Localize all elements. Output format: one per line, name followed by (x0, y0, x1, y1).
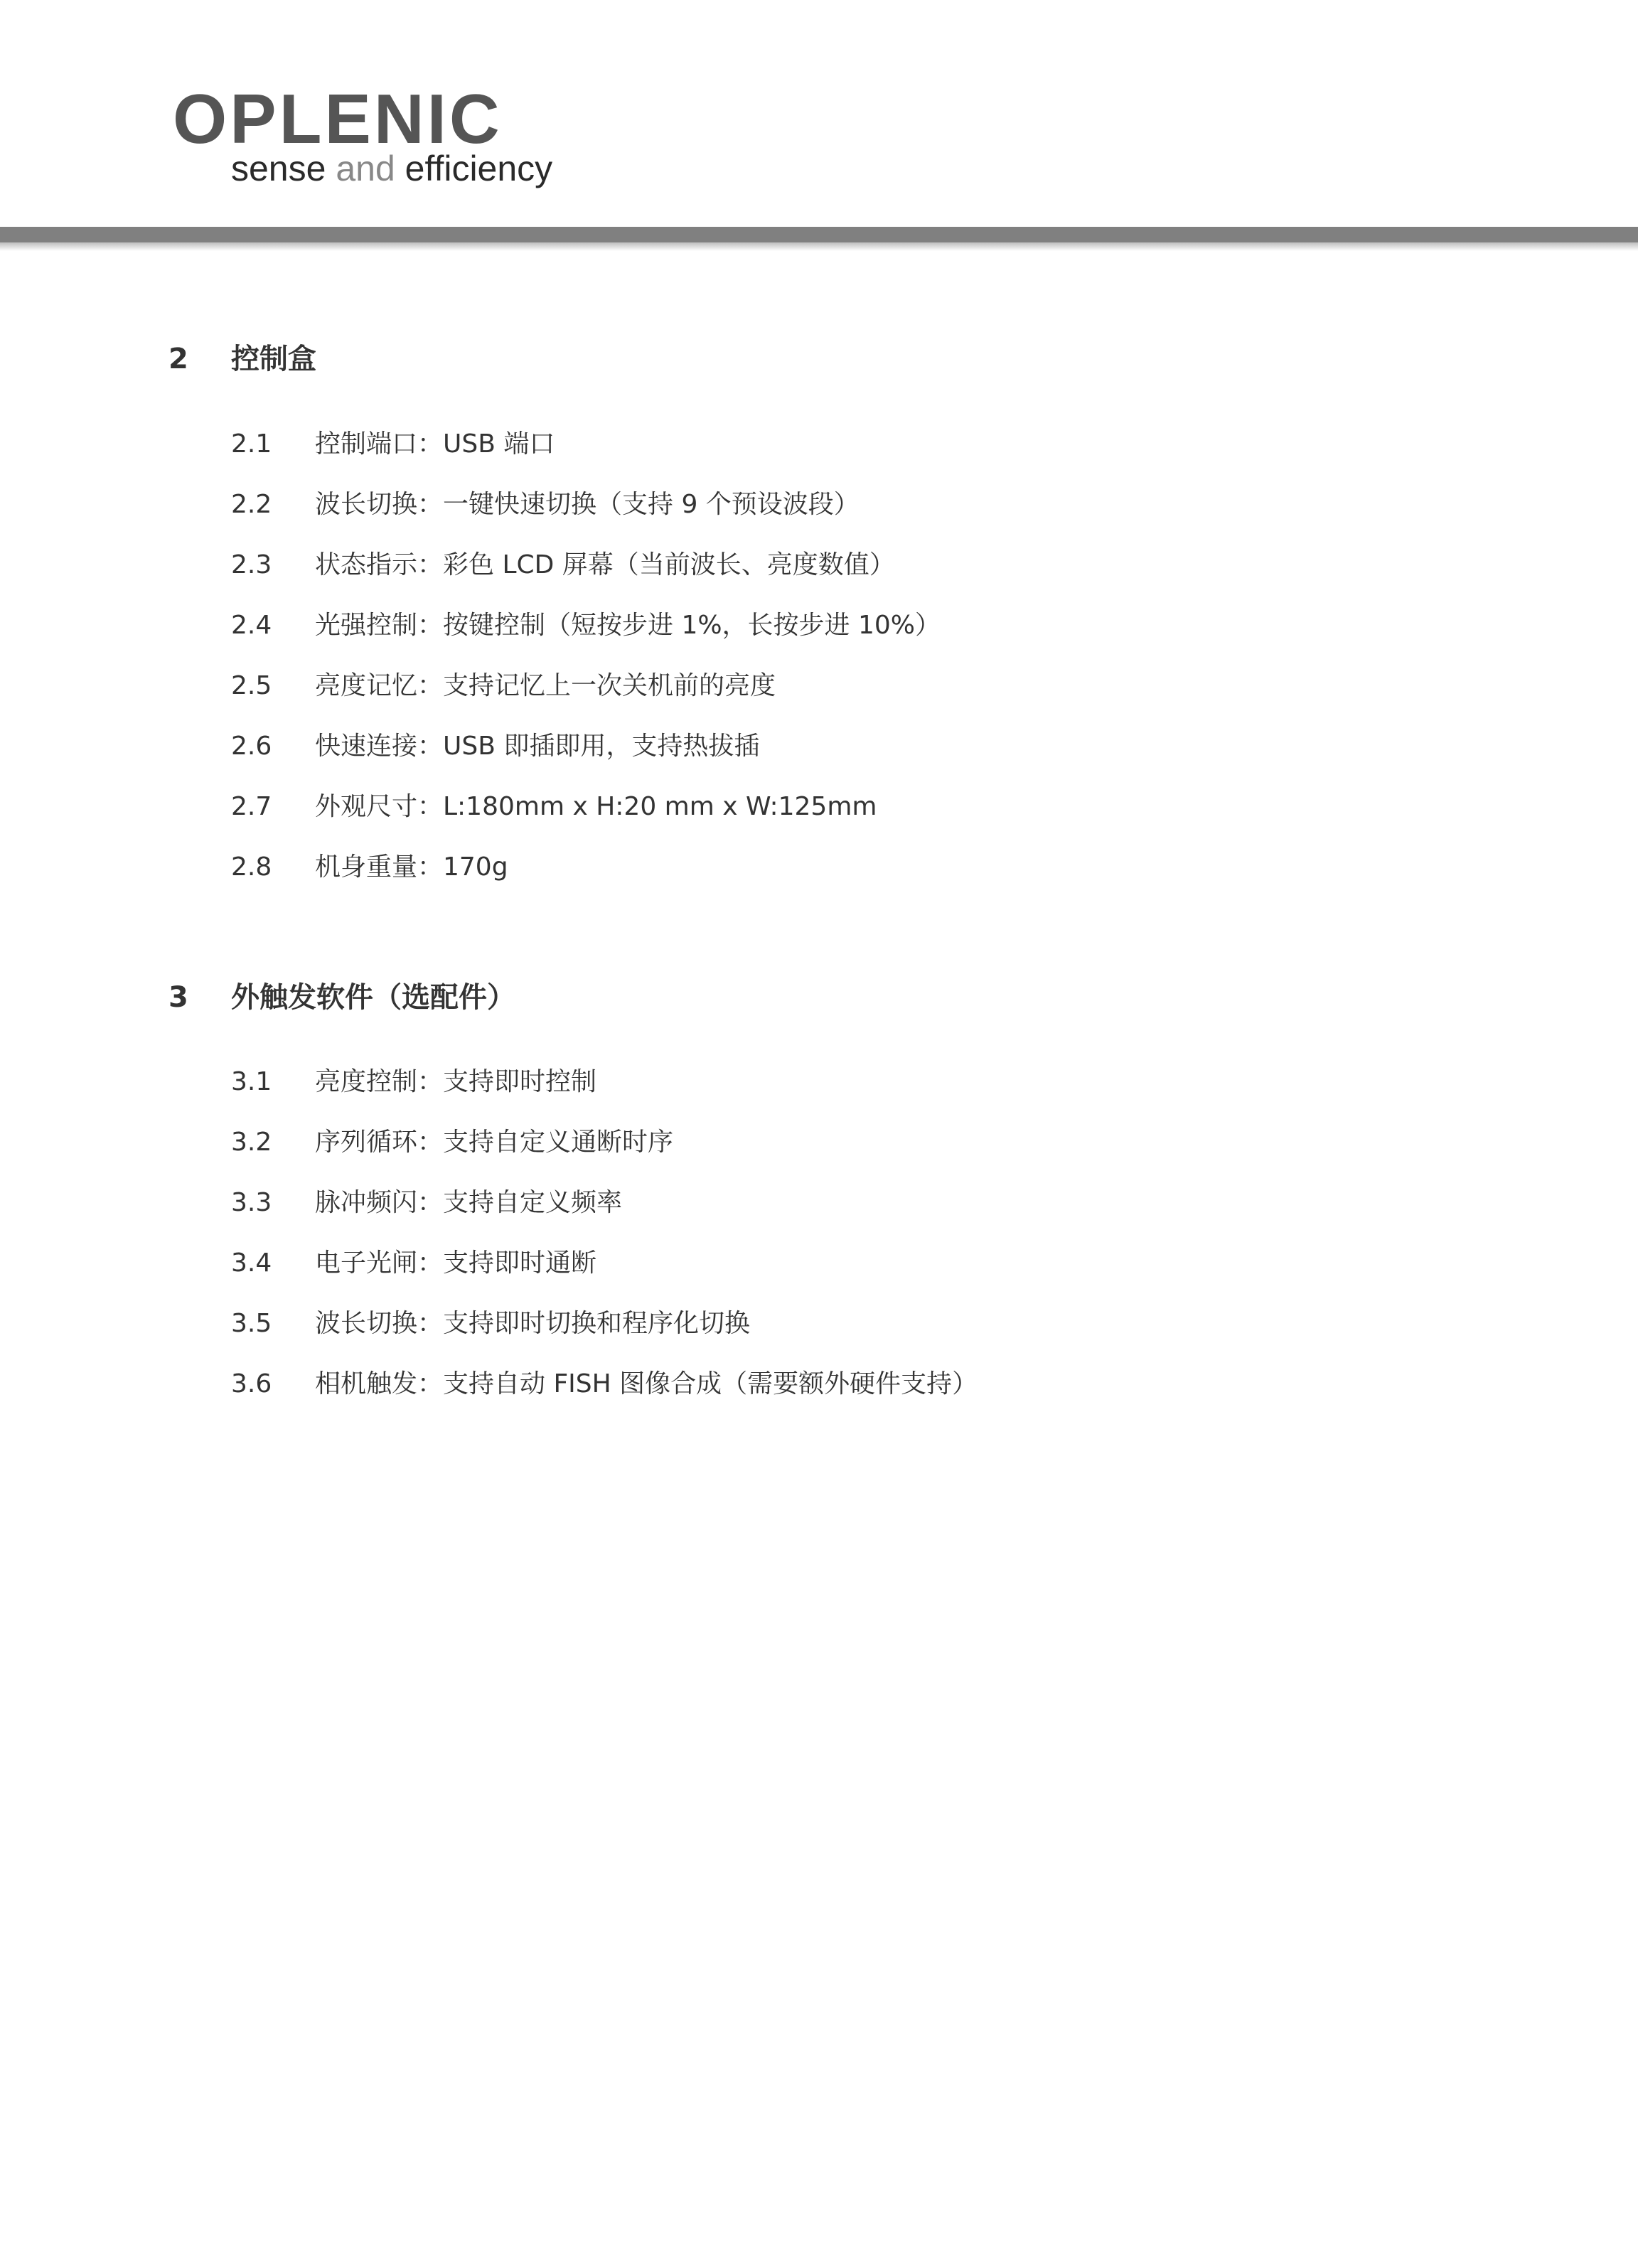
section-title: 控制盒 (231, 343, 316, 375)
spec-item: 2.8机身重量：170g (231, 851, 508, 884)
spec-item: 2.7外观尺寸：L:180mm x H:20 mm x W:125mm (231, 791, 877, 823)
logo-tagline: sense and efficiency (231, 149, 552, 188)
company-logo: OPLENIC sense and efficiency (173, 84, 503, 154)
tagline-and: and (336, 149, 395, 188)
spec-item: 3.3脉冲频闪：支持自定义频率 (231, 1187, 622, 1219)
item-text: 序列循环：支持自定义通断时序 (315, 1128, 673, 1157)
item-text: 相机触发：支持自动 FISH 图像合成（需要额外硬件支持） (315, 1369, 978, 1398)
spec-item: 3.4电子光闸：支持即时通断 (231, 1247, 596, 1280)
tagline-part-2: efficiency (395, 149, 552, 188)
item-text: 波长切换：一键快速切换（支持 9 个预设波段） (315, 490, 860, 519)
item-number: 3.5 (231, 1307, 315, 1340)
logo-wordmark: OPLENIC (173, 84, 503, 154)
spec-item: 2.3状态指示：彩色 LCD 屏幕（当前波长、亮度数值） (231, 549, 895, 582)
item-number: 2.7 (231, 791, 315, 823)
spec-item: 2.6快速连接：USB 即插即用，支持热拔插 (231, 730, 759, 763)
item-number: 2.4 (231, 609, 315, 642)
item-number: 3.3 (231, 1187, 315, 1219)
item-number: 2.6 (231, 730, 315, 763)
item-text: 光强控制：按键控制（短按步进 1%，长按步进 10%） (315, 611, 941, 640)
item-text: 亮度控制：支持即时控制 (315, 1067, 596, 1096)
item-text: 亮度记忆：支持记忆上一次关机前的亮度 (315, 671, 776, 700)
spec-item: 3.1亮度控制：支持即时控制 (231, 1066, 596, 1098)
item-text: 外观尺寸：L:180mm x H:20 mm x W:125mm (315, 792, 877, 821)
item-number: 2.2 (231, 488, 315, 521)
item-text: 电子光闸：支持即时通断 (315, 1248, 596, 1278)
item-text: 快速连接：USB 即插即用，支持热拔插 (315, 732, 759, 761)
section-number: 2 (168, 341, 231, 377)
item-number: 3.2 (231, 1126, 315, 1159)
item-text: 波长切换：支持即时切换和程序化切换 (315, 1309, 750, 1338)
item-number: 3.1 (231, 1066, 315, 1098)
header-divider-band (0, 227, 1638, 242)
item-number: 2.5 (231, 670, 315, 702)
item-number: 2.3 (231, 549, 315, 582)
item-text: 机身重量：170g (315, 852, 508, 882)
spec-item: 3.2序列循环：支持自定义通断时序 (231, 1126, 673, 1159)
spec-item: 2.5亮度记忆：支持记忆上一次关机前的亮度 (231, 670, 776, 702)
item-number: 3.6 (231, 1368, 315, 1401)
spec-item: 2.1控制端口：USB 端口 (231, 428, 555, 461)
item-text: 状态指示：彩色 LCD 屏幕（当前波长、亮度数值） (315, 550, 895, 579)
item-number: 2.8 (231, 851, 315, 884)
section-heading-2: 2控制盒 (168, 341, 316, 377)
item-number: 3.4 (231, 1247, 315, 1280)
spec-item: 3.6相机触发：支持自动 FISH 图像合成（需要额外硬件支持） (231, 1368, 978, 1401)
header-divider-shadow (0, 242, 1638, 251)
item-number: 2.1 (231, 428, 315, 461)
section-heading-3: 3外触发软件（选配件） (168, 980, 515, 1015)
section-number: 3 (168, 980, 231, 1015)
spec-item: 2.4光强控制：按键控制（短按步进 1%，长按步进 10%） (231, 609, 941, 642)
section-title: 外触发软件（选配件） (231, 981, 515, 1014)
spec-item: 3.5波长切换：支持即时切换和程序化切换 (231, 1307, 750, 1340)
tagline-part-1: sense (231, 149, 336, 188)
item-text: 控制端口：USB 端口 (315, 429, 555, 459)
spec-item: 2.2波长切换：一键快速切换（支持 9 个预设波段） (231, 488, 860, 521)
item-text: 脉冲频闪：支持自定义频率 (315, 1188, 622, 1217)
